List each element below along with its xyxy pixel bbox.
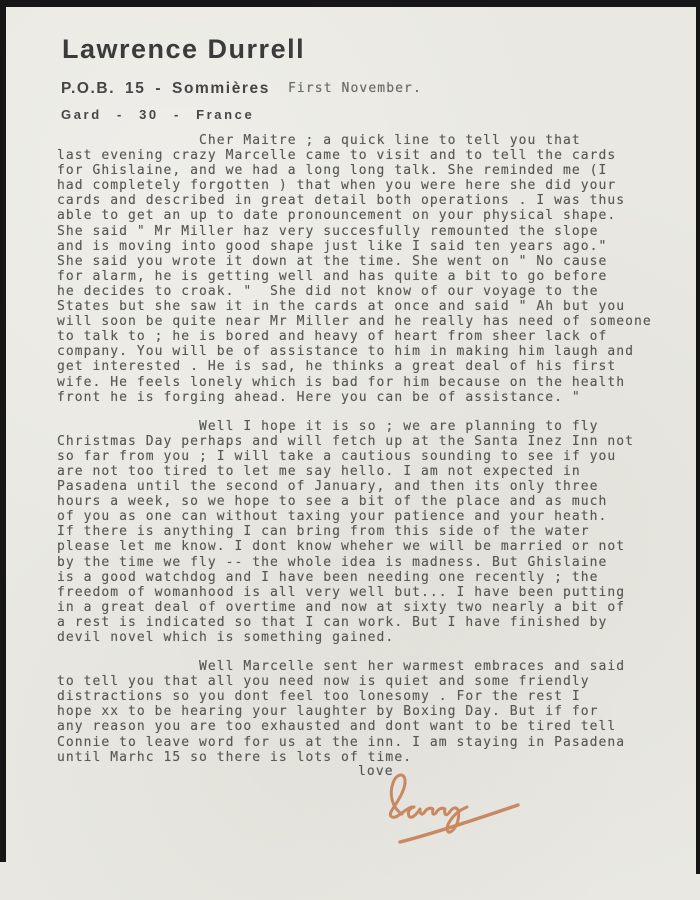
scan-edge-right bbox=[696, 0, 700, 874]
letter-page: Lawrence Durrell P.O.B. 15 - Sommières G… bbox=[0, 0, 700, 900]
letterhead-address-line2: Gard - 30 - France bbox=[61, 107, 254, 122]
scan-edge-top bbox=[0, 0, 700, 7]
paragraph-2: Well I hope it is so ; we are planning t… bbox=[57, 419, 663, 645]
letterhead-name: Lawrence Durrell bbox=[62, 34, 305, 65]
signature-name-stroke bbox=[390, 775, 467, 832]
scan-edge-left bbox=[0, 0, 6, 862]
letterhead-address-line1: P.O.B. 15 - Sommières bbox=[61, 80, 270, 98]
paragraph-1: Cher Maitre ; a quick line to tell you t… bbox=[57, 133, 663, 405]
paragraph-3: Well Marcelle sent her warmest embraces … bbox=[57, 659, 663, 765]
signature-larry: Larry bbox=[362, 770, 572, 850]
letter-date: First November. bbox=[288, 81, 422, 96]
letter-body: Cher Maitre ; a quick line to tell you t… bbox=[57, 133, 663, 779]
